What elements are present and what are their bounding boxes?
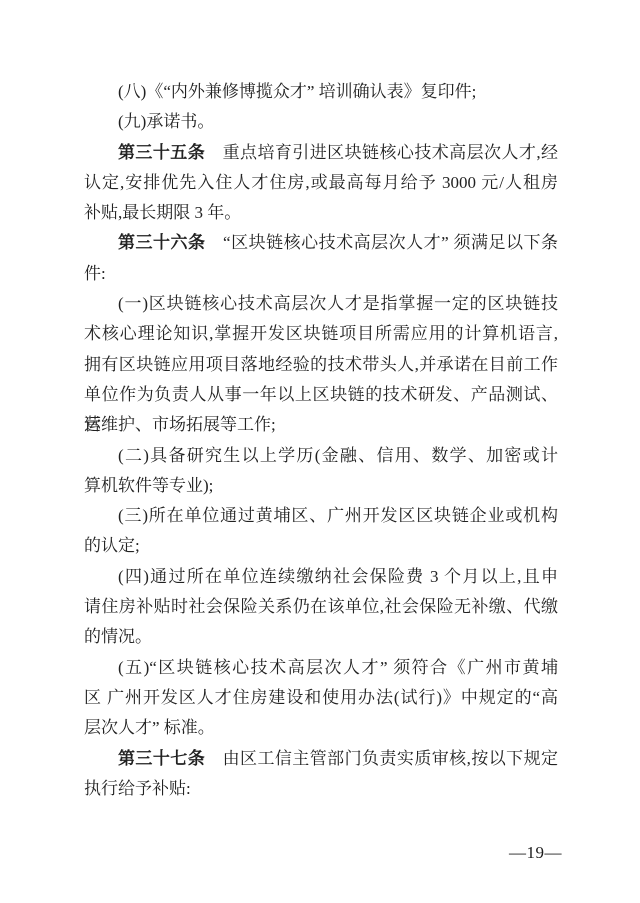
doc-line: 术核心理论知识,掌握开发区块链项目所需应用的计算机语言,: [84, 319, 558, 349]
doc-line-text: 认定,安排优先入住人才住房,或最高每月给予 3000 元/人租房: [84, 173, 558, 192]
doc-line-text: 补贴,最长期限 3 年。: [84, 203, 241, 222]
document-page: (八)《“内外兼修博揽众才” 培训确认表》复印件; (九)承诺书。 第三十五条 …: [0, 0, 640, 903]
doc-line-bold: 第三十六条: [118, 233, 206, 252]
doc-line-text: (四)通过所在单位连续缴纳社会保险费 3 个月以上,且申: [118, 567, 558, 586]
doc-line-text: (五)“区块链核心技术高层次人才” 须符合《广州市黄埔: [118, 658, 558, 677]
doc-line-text: (二)具备研究生以上学历(金融、信用、数学、加密或计: [118, 446, 558, 465]
doc-line-text: 层次人才” 标准。: [84, 718, 215, 737]
doc-line-text: 由区工信主管部门负责实质审核,按以下规定: [205, 749, 558, 768]
doc-line-text: (八)《“内外兼修博揽众才” 培训确认表》复印件;: [118, 82, 476, 101]
doc-line-bold: 第三十七条: [118, 749, 205, 768]
doc-line: 拥有区块链应用项目落地经验的技术带头人,并承诺在目前工作: [84, 350, 558, 380]
doc-line-text: 营维护、市场拓展等工作;: [84, 415, 276, 434]
page-number: —19—: [509, 843, 562, 863]
document-body: (八)《“内外兼修博揽众才” 培训确认表》复印件; (九)承诺书。 第三十五条 …: [84, 77, 558, 804]
doc-line-text: “区块链核心技术高层次人才” 须满足以下条: [206, 233, 558, 252]
doc-line-text: 区 广州开发区人才住房建设和使用办法(试行)》中规定的“高: [84, 688, 558, 707]
doc-line-text: 的认定;: [84, 536, 140, 555]
doc-line: 认定,安排优先入住人才住房,或最高每月给予 3000 元/人租房: [84, 168, 558, 198]
doc-line: (三)所在单位通过黄埔区、广州开发区区块链企业或机构: [84, 501, 558, 531]
doc-line-text: 算机软件等专业);: [84, 476, 213, 495]
doc-line: 请住房补贴时社会保险关系仍在该单位,社会保险无补缴、代缴: [84, 592, 558, 622]
doc-line: (八)《“内外兼修博揽众才” 培训确认表》复印件;: [84, 77, 558, 107]
doc-line: 的情况。: [84, 622, 558, 652]
doc-line: (五)“区块链核心技术高层次人才” 须符合《广州市黄埔: [84, 653, 558, 683]
doc-line: 第三十七条 由区工信主管部门负责实质审核,按以下规定: [84, 744, 558, 774]
doc-line: 第三十六条 “区块链核心技术高层次人才” 须满足以下条: [84, 228, 558, 258]
doc-line: 件:: [84, 259, 558, 289]
doc-line-text: 拥有区块链应用项目落地经验的技术带头人,并承诺在目前工作: [84, 355, 558, 374]
doc-line: 执行给予补贴:: [84, 774, 558, 804]
doc-line-bold: 第三十五条: [118, 143, 205, 162]
doc-line-text: (三)所在单位通过黄埔区、广州开发区区块链企业或机构: [118, 506, 558, 525]
doc-line: (四)通过所在单位连续缴纳社会保险费 3 个月以上,且申: [84, 562, 558, 592]
doc-line-text: 重点培育引进区块链核心技术高层次人才,经: [205, 143, 558, 162]
doc-line-text: 的情况。: [84, 627, 152, 646]
doc-line: 算机软件等专业);: [84, 471, 558, 501]
doc-line-text: 请住房补贴时社会保险关系仍在该单位,社会保险无补缴、代缴: [84, 597, 558, 616]
doc-line: 区 广州开发区人才住房建设和使用办法(试行)》中规定的“高: [84, 683, 558, 713]
doc-line: 第三十五条 重点培育引进区块链核心技术高层次人才,经: [84, 138, 558, 168]
doc-line: (一)区块链核心技术高层次人才是指掌握一定的区块链技: [84, 289, 558, 319]
doc-line-text: 件:: [84, 264, 106, 283]
doc-line: (二)具备研究生以上学历(金融、信用、数学、加密或计: [84, 441, 558, 471]
doc-line: 层次人才” 标准。: [84, 713, 558, 743]
doc-line: 的认定;: [84, 531, 558, 561]
doc-line: (九)承诺书。: [84, 107, 558, 137]
doc-line: 营维护、市场拓展等工作;: [84, 410, 558, 440]
doc-line-text: (九)承诺书。: [118, 112, 214, 131]
doc-line-text: 执行给予补贴:: [84, 779, 191, 798]
doc-line-text: 术核心理论知识,掌握开发区块链项目所需应用的计算机语言,: [84, 324, 558, 343]
doc-line: 单位作为负责人从事一年以上区块链的技术研发、产品测试、运: [84, 380, 558, 410]
doc-line: 补贴,最长期限 3 年。: [84, 198, 558, 228]
doc-line-text: (一)区块链核心技术高层次人才是指掌握一定的区块链技: [118, 294, 558, 313]
